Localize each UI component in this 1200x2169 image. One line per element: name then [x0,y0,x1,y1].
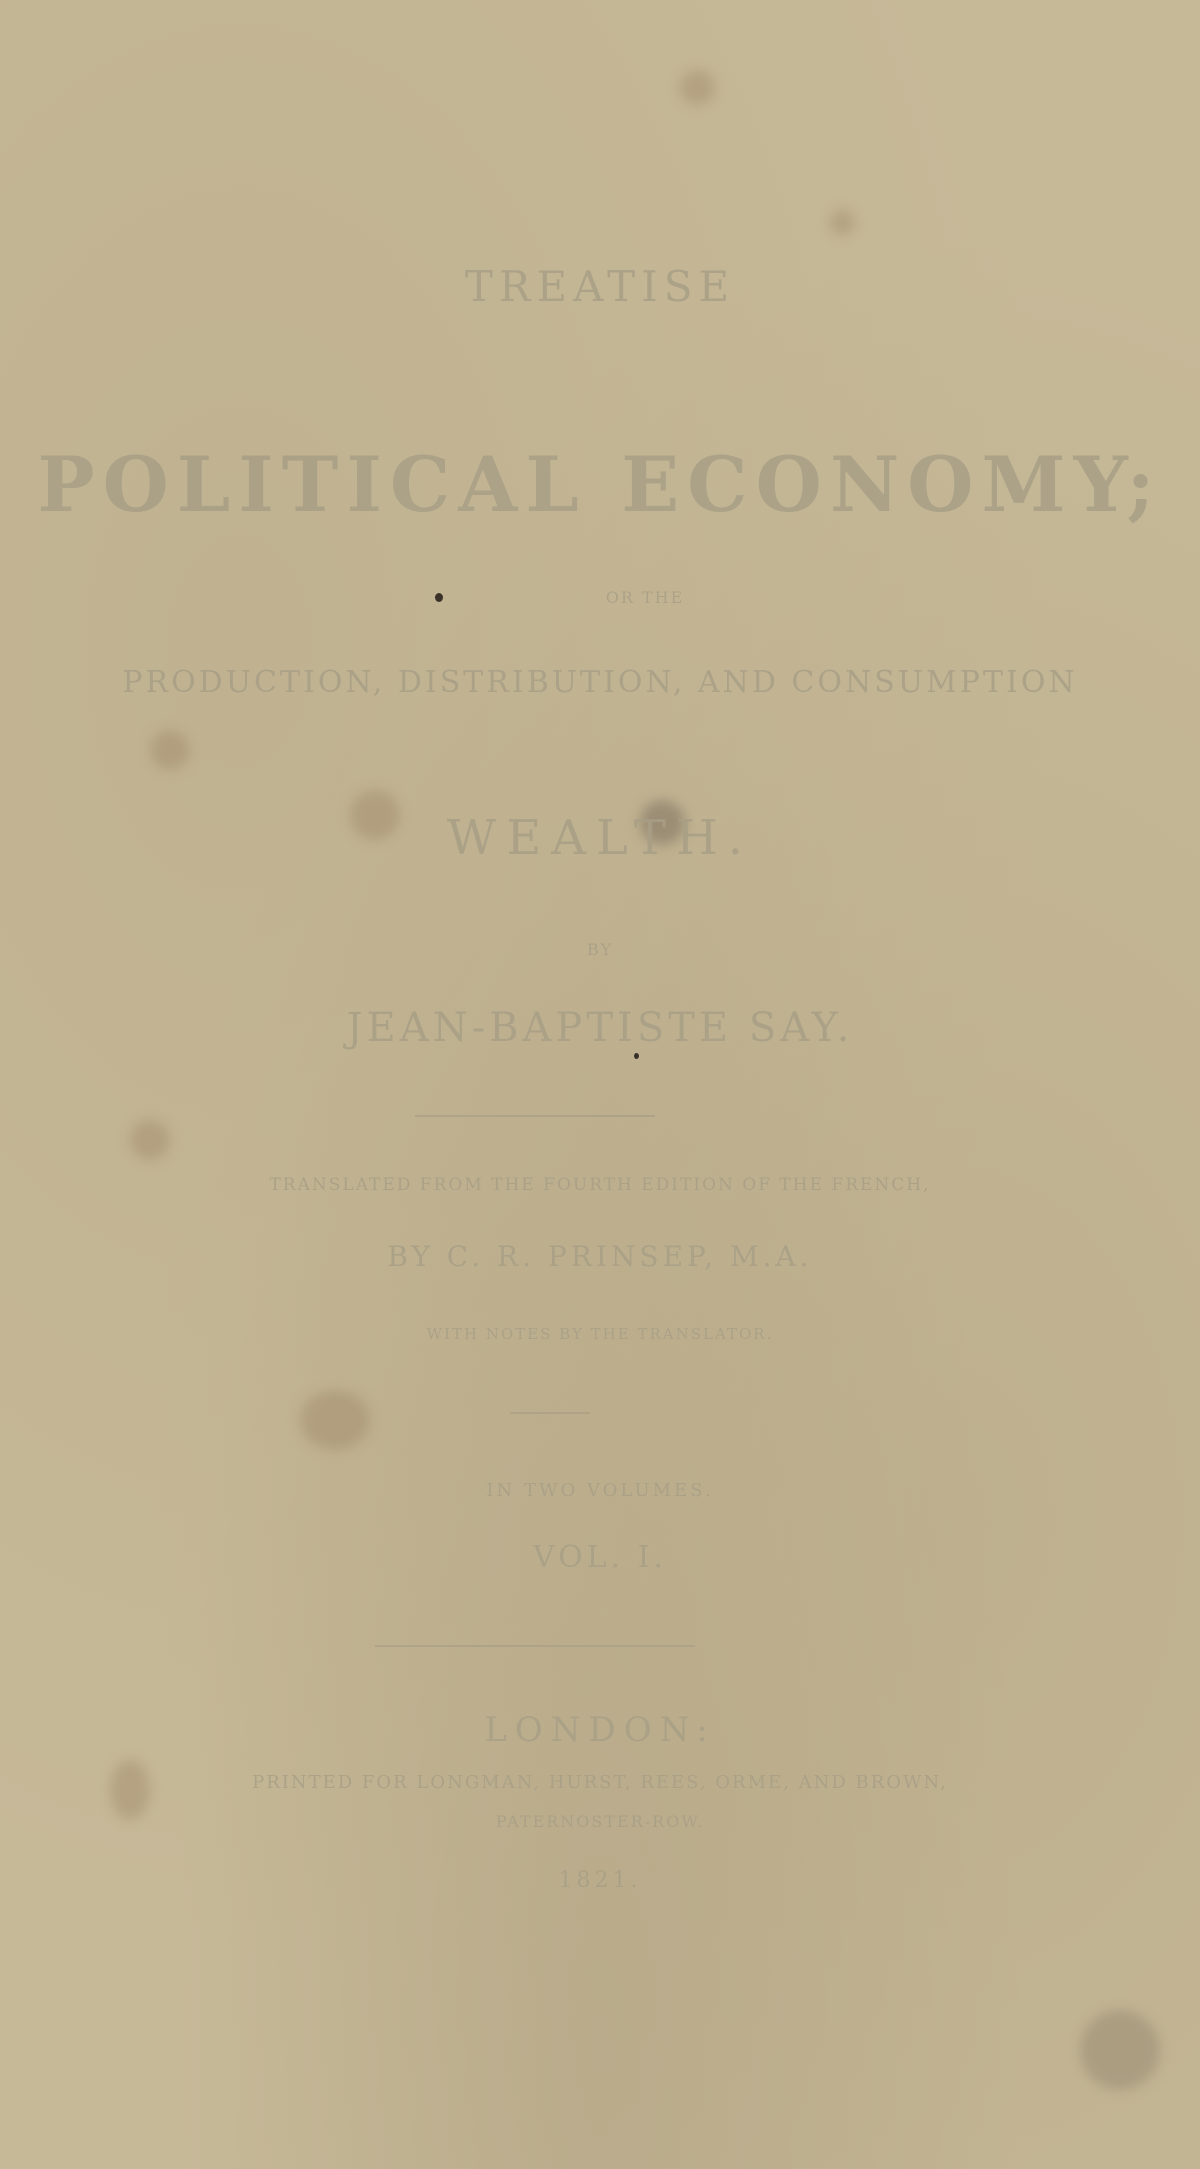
translation-note: TRANSLATED FROM THE FOURTH EDITION OF TH… [0,1175,1200,1195]
foxing-spot [300,1390,370,1450]
translator-name: BY C. R. PRINSEP, M.A. [0,1240,1200,1273]
foxing-spot [680,70,715,105]
title-treatise: TREATISE [0,262,1200,311]
volume-number: VOL. I. [0,1540,1200,1575]
by-label: BY [0,940,1200,959]
or-the-label: OR THE [0,588,1200,607]
subtitle: PRODUCTION, DISTRIBUTION, AND CONSUMPTIO… [0,665,1200,700]
ink-dot [634,1053,639,1059]
paper-background [0,0,1200,2169]
title-political-economy: POLITICAL ECONOMY; [0,440,1200,529]
foxing-spot [150,730,190,770]
foxing-spot [830,210,855,235]
imprint-city: LONDON: [0,1710,1200,1750]
notes-line: WITH NOTES BY THE TRANSLATOR. [0,1325,1200,1343]
divider [415,1115,655,1117]
imprint-year: 1821. [0,1868,1200,1893]
subject-wealth: WEALTH. [0,810,1200,866]
short-divider [510,1412,590,1414]
author-name: JEAN-BAPTISTE SAY. [0,1005,1200,1051]
foxing-spot [130,1120,170,1160]
volumes-count: IN TWO VOLUMES. [0,1480,1200,1501]
divider [375,1645,695,1647]
foxing-spot [1080,2010,1160,2090]
imprint-street: PATERNOSTER-ROW. [0,1812,1200,1831]
imprint-publisher: PRINTED FOR LONGMAN, HURST, REES, ORME, … [0,1772,1200,1793]
